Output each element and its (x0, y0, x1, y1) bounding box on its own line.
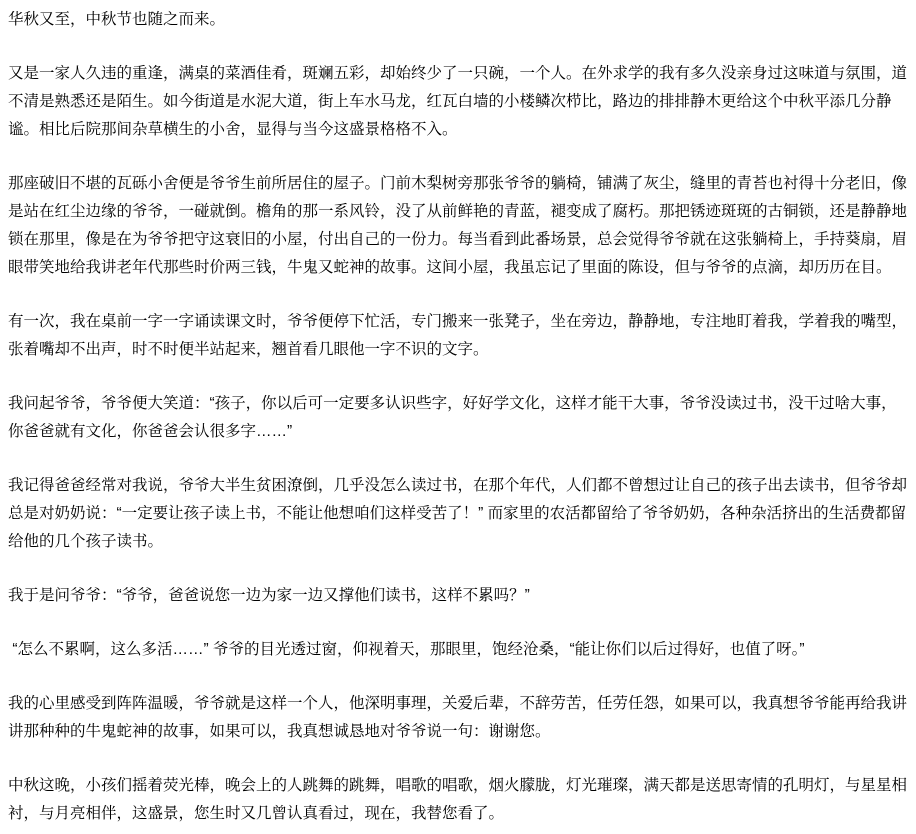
essay-paragraph-7: 我于是问爷爷：“爷爷，爸爸说您一边为家一边又撑他们读书，这样不累吗？” (8, 582, 908, 610)
essay-paragraph-9: 我的心里感受到阵阵温暖，爷爷就是这样一个人，他深明事理，关爱后辈，不辞劳苦，任劳… (8, 690, 908, 746)
essay-paragraph-8: “怎么不累啊，这么多活……” 爷爷的目光透过窗，仰视着天，那眼里，饱经沧桑，“能… (8, 636, 908, 664)
essay-document: 华秋又至，中秋节也随之而来。 又是一家人久违的重逢，满桌的菜酒佳肴，斑斓五彩，却… (0, 0, 916, 834)
essay-paragraph-2: 又是一家人久违的重逢，满桌的菜酒佳肴，斑斓五彩，却始终少了一只碗，一个人。在外求… (8, 60, 908, 144)
essay-paragraph-4: 有一次，我在桌前一字一字诵读课文时，爷爷便停下忙活，专门搬来一张凳子，坐在旁边，… (8, 308, 908, 364)
essay-paragraph-6: 我记得爸爸经常对我说，爷爷大半生贫困潦倒，几乎没怎么读过书，在那个年代，人们都不… (8, 472, 908, 556)
essay-paragraph-1: 华秋又至，中秋节也随之而来。 (8, 6, 908, 34)
essay-paragraph-3: 那座破旧不堪的瓦砾小舍便是爷爷生前所居住的屋子。门前木梨树旁那张爷爷的躺椅，铺满… (8, 170, 908, 282)
essay-paragraph-10: 中秋这晚，小孩们摇着荧光棒，晚会上的人跳舞的跳舞，唱歌的唱歌，烟火朦胧，灯光璀璨… (8, 772, 908, 828)
essay-paragraph-5: 我问起爷爷，爷爷便大笑道：“孩子，你以后可一定要多认识些字，好好学文化，这样才能… (8, 390, 908, 446)
